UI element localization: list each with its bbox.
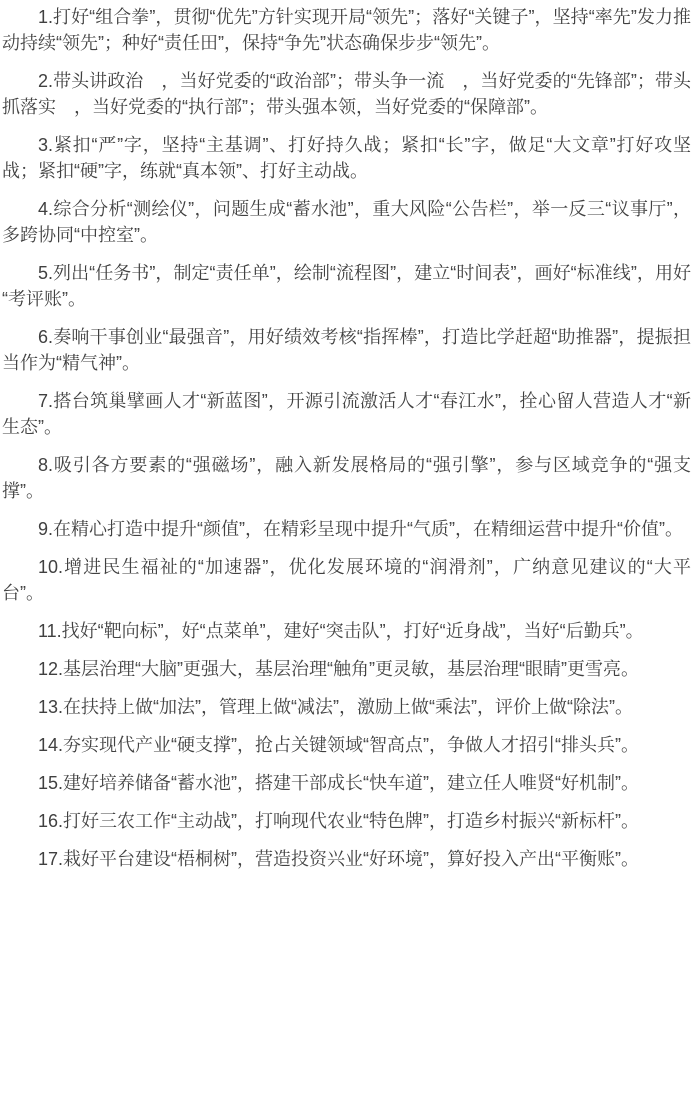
paragraph-8: 8.吸引各方要素的“强磁场”，融入新发展格局的“强引擎”，参与区域竞争的“强支撑… — [2, 452, 691, 504]
paragraph-11: 11.找好“靶向标”，好“点菜单”，建好“突击队”，打好“近身战”，当好“后勤兵… — [2, 618, 691, 644]
paragraph-10: 10.增进民生福祉的“加速器”，优化发展环境的“润滑剂”，广纳意见建议的“大平台… — [2, 554, 691, 606]
paragraph-4: 4.综合分析“测绘仪”，问题生成“蓄水池”，重大风险“公告栏”，举一反三“议事厅… — [2, 196, 691, 248]
paragraph-2: 2.带头讲政治 ，当好党委的“政治部”；带头争一流 ，当好党委的“先锋部”；带头… — [2, 68, 691, 120]
paragraph-14: 14.夯实现代产业“硬支撑”，抢占关键领域“智高点”，争做人才招引“排头兵”。 — [2, 732, 691, 758]
paragraph-12: 12.基层治理“大脑”更强大，基层治理“触角”更灵敏，基层治理“眼睛”更雪亮。 — [2, 656, 691, 682]
paragraph-6: 6.奏响干事创业“最强音”，用好绩效考核“指挥棒”，打造比学赶超“助推器”，提振… — [2, 324, 691, 376]
paragraph-5: 5.列出“任务书”，制定“责任单”，绘制“流程图”，建立“时间表”，画好“标准线… — [2, 260, 691, 312]
document-page: 1.打好“组合拳”，贯彻“优先”方针实现开局“领先”；落好“关键子”，坚持“率先… — [0, 0, 693, 872]
paragraph-3: 3.紧扣“严”字，坚持“主基调”、打好持久战；紧扣“长”字，做足“大文章”打好攻… — [2, 132, 691, 184]
paragraph-9: 9.在精心打造中提升“颜值”，在精彩呈现中提升“气质”，在精细运营中提升“价值”… — [2, 516, 691, 542]
paragraph-16: 16.打好三农工作“主动战”，打响现代农业“特色牌”，打造乡村振兴“新标杆”。 — [2, 808, 691, 834]
paragraph-1: 1.打好“组合拳”，贯彻“优先”方针实现开局“领先”；落好“关键子”，坚持“率先… — [2, 4, 691, 56]
paragraph-15: 15.建好培养储备“蓄水池”，搭建干部成长“快车道”，建立任人唯贤“好机制”。 — [2, 770, 691, 796]
paragraph-13: 13.在扶持上做“加法”，管理上做“减法”，激励上做“乘法”，评价上做“除法”。 — [2, 694, 691, 720]
paragraph-17: 17.栽好平台建设“梧桐树”，营造投资兴业“好环境”，算好投入产出“平衡账”。 — [2, 846, 691, 872]
paragraph-7: 7.搭台筑巢擘画人才“新蓝图”，开源引流激活人才“春江水”，拴心留人营造人才“新… — [2, 388, 691, 440]
